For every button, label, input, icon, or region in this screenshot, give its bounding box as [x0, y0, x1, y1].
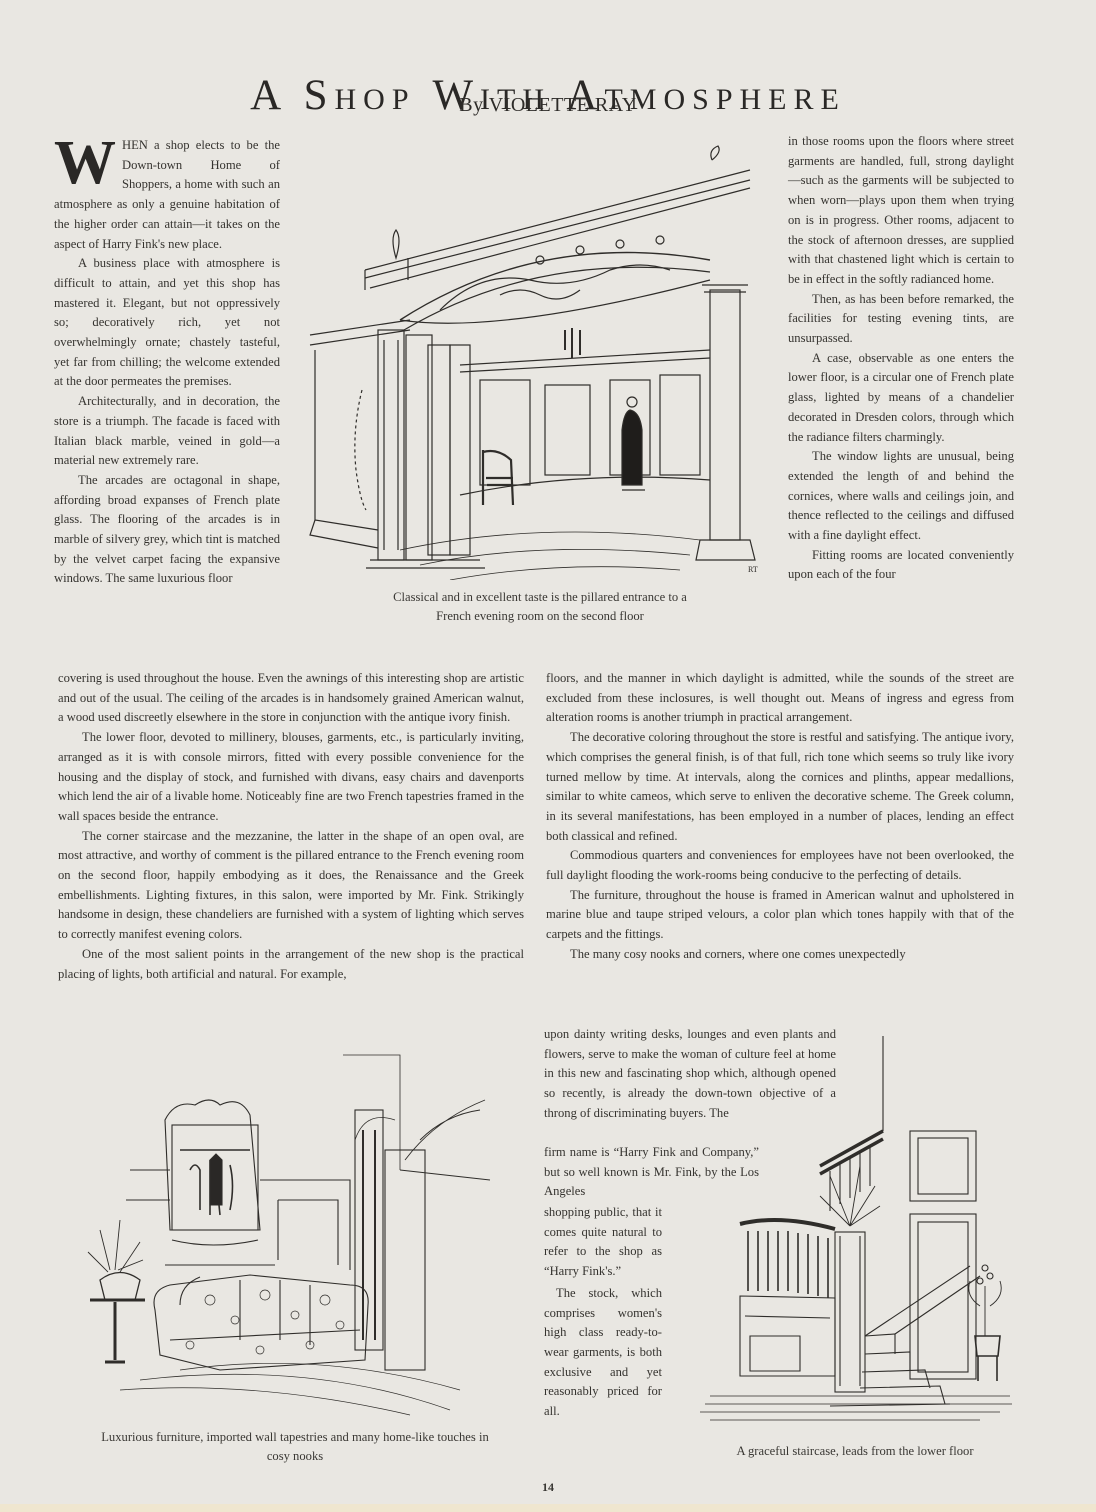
- lower-left-column-text: covering is used throughout the house. E…: [58, 669, 524, 984]
- paragraph: in those rooms upon the floors where str…: [788, 132, 1014, 290]
- wrap-text-tiny: shopping public, that it comes quite nat…: [544, 1203, 662, 1422]
- page-number: 14: [0, 1480, 1096, 1495]
- paragraph: The furniture, throughout the house is f…: [546, 886, 1014, 945]
- page-edge: [0, 1504, 1096, 1512]
- furniture-caption: Luxurious furniture, imported wall tapes…: [95, 1428, 495, 1466]
- paragraph: The decorative coloring throughout the s…: [546, 728, 1014, 846]
- paragraph: covering is used throughout the house. E…: [58, 669, 524, 728]
- paragraph: Architecturally, and in decoration, the …: [54, 392, 280, 471]
- paragraph: The corner staircase and the mezzanine, …: [58, 827, 524, 945]
- svg-text:RT: RT: [748, 565, 758, 574]
- staircase-caption: A graceful staircase, leads from the low…: [690, 1442, 1020, 1461]
- paragraph: Fitting rooms are located conveniently u…: [788, 546, 1014, 585]
- paragraph: The many cosy nooks and corners, where o…: [546, 945, 1014, 965]
- paragraph: The lower floor, devoted to millinery, b…: [58, 728, 524, 827]
- staircase-illustration: [700, 1036, 1020, 1432]
- paragraph: The window lights are unusual, being ext…: [788, 447, 1014, 546]
- paragraph: One of the most salient points in the ar…: [58, 945, 524, 984]
- paragraph: Commodious quarters and conveniences for…: [546, 846, 1014, 885]
- pillared-entrance-illustration: RT: [300, 140, 778, 580]
- article-byline: By VIOLETTE RAY: [0, 94, 1096, 117]
- lower-right-column-text: floors, and the manner in which daylight…: [546, 669, 1014, 965]
- drop-cap: W: [54, 138, 116, 188]
- paragraph: The arcades are octagonal in shape, affo…: [54, 471, 280, 589]
- entrance-caption: Classical and in excellent taste is the …: [380, 588, 700, 626]
- right-column-text: in those rooms upon the floors where str…: [788, 132, 1014, 585]
- paragraph: WHEN a shop elects to be the Down-town H…: [54, 136, 280, 254]
- paragraph: floors, and the manner in which daylight…: [546, 669, 1014, 728]
- left-column-text: WHEN a shop elects to be the Down-town H…: [54, 136, 280, 589]
- magazine-page: A Shop With Atmosphere By VIOLETTE RAY W…: [0, 0, 1096, 1512]
- paragraph: Then, as has been before remarked, the f…: [788, 290, 1014, 349]
- sofa-nook-illustration: [60, 1040, 520, 1420]
- paragraph: A business place with atmosphere is diff…: [54, 254, 280, 392]
- paragraph: A case, observable as one enters the low…: [788, 349, 1014, 448]
